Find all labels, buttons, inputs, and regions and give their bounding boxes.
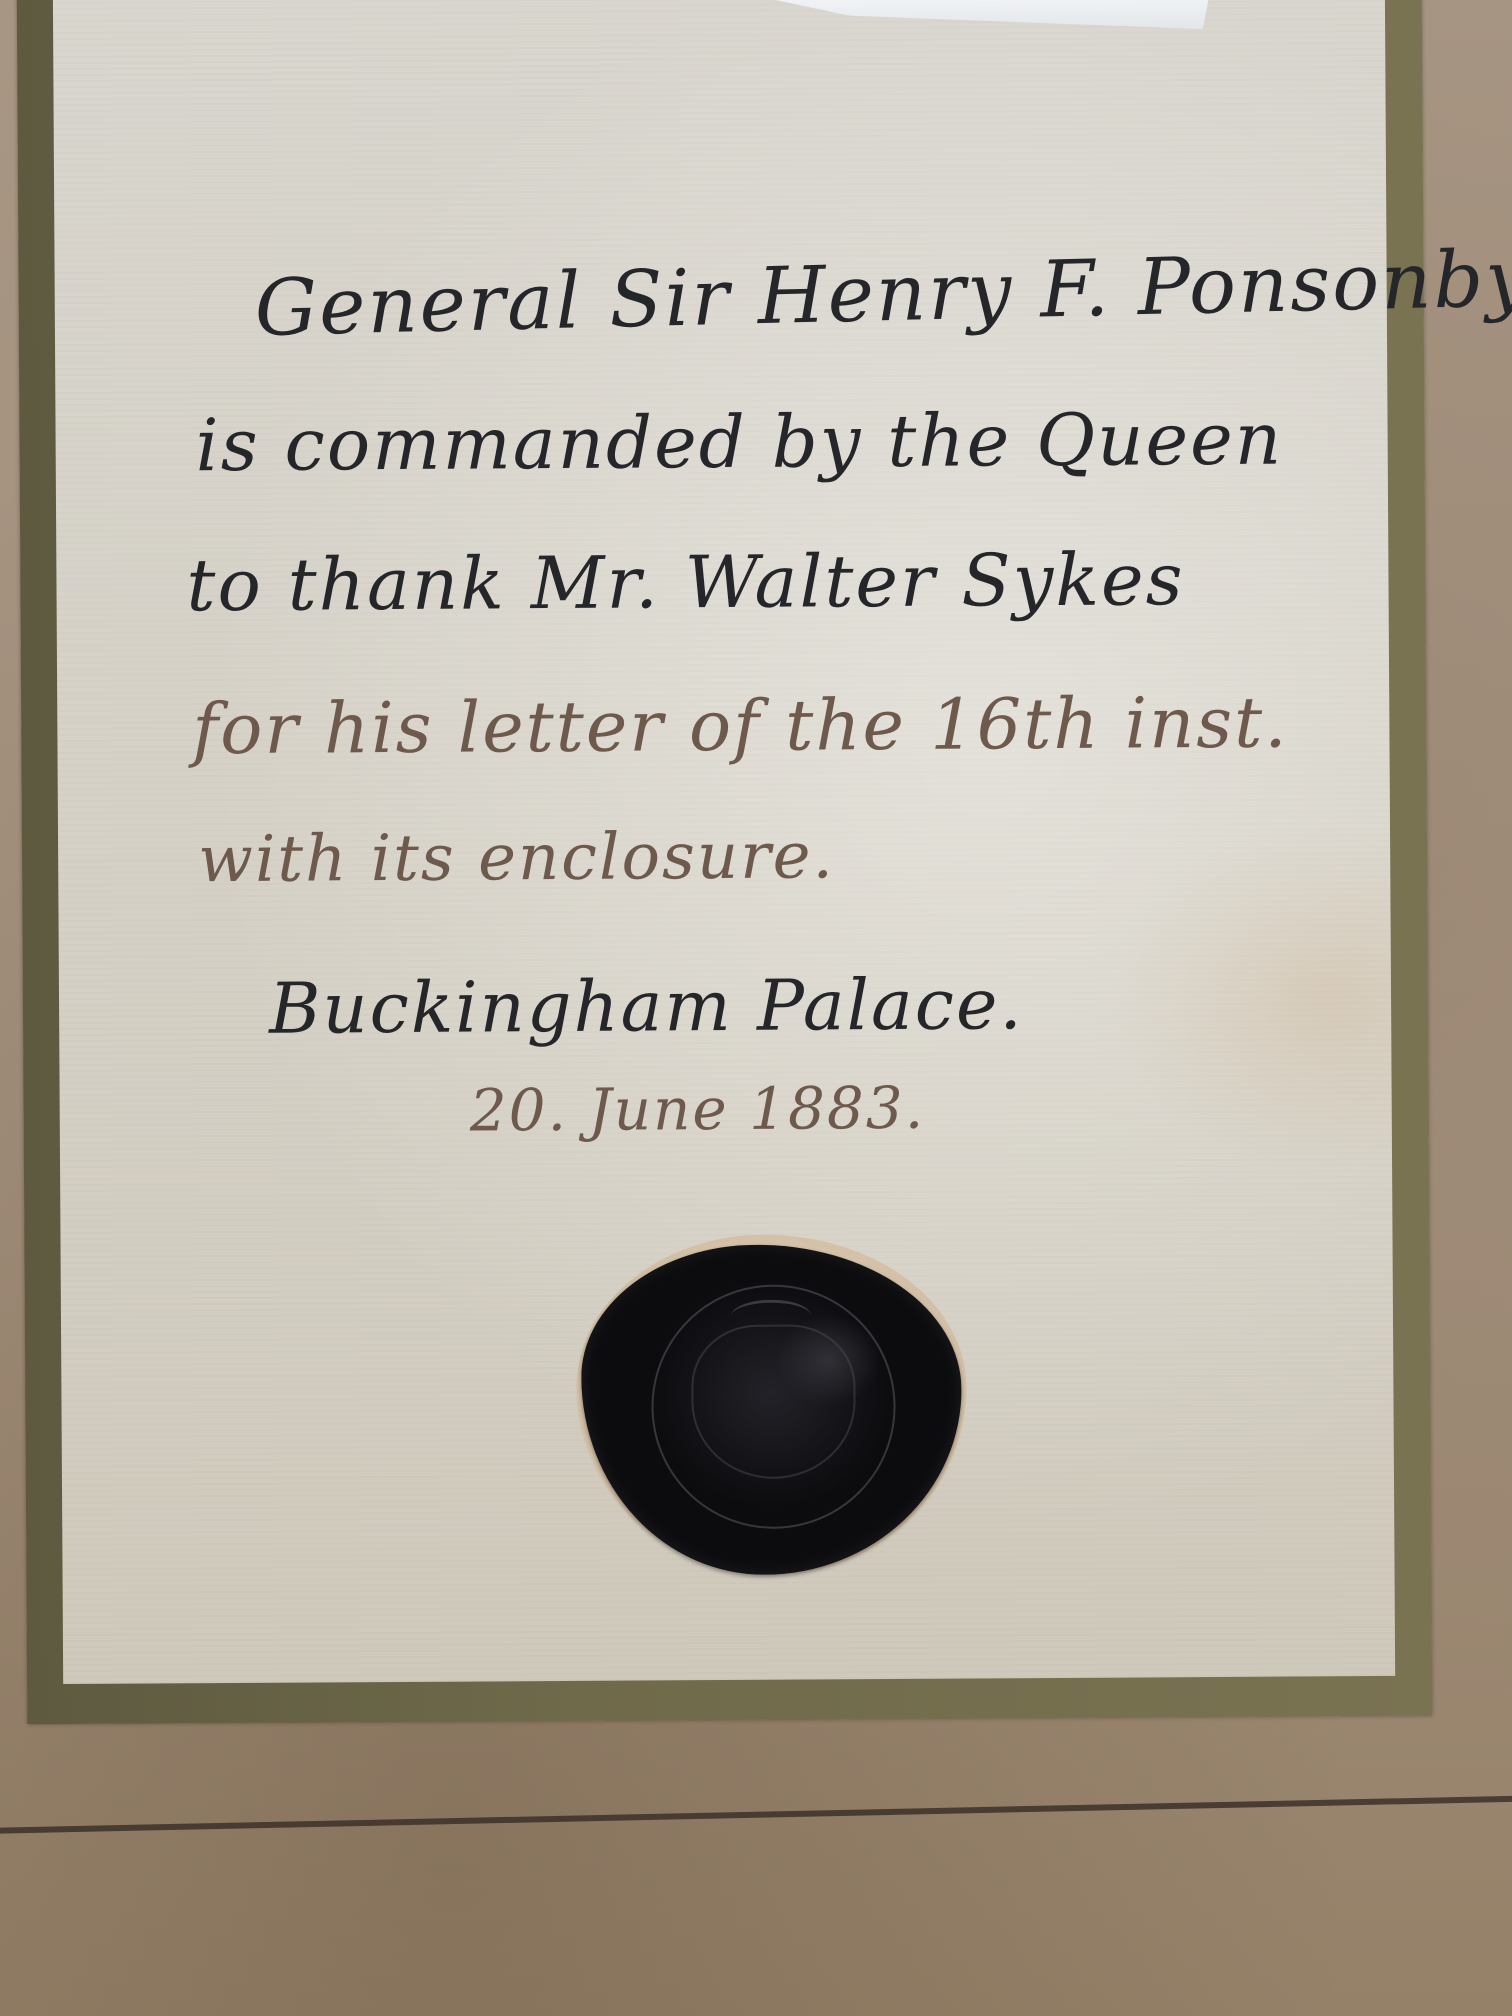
letter-line-reference: for his letter of the 16th inst. [192,682,1289,771]
seal-crest-icon [691,1324,856,1479]
letter-line-sender: General Sir Henry F. Ponsonby [254,234,1512,354]
letter-line-recipient: to thank Mr. Walter Sykes [186,537,1185,627]
letter-line-enclosure: with its enclosure. [198,819,835,897]
letter-line-place: Buckingham Palace. [269,963,1024,1050]
mount-divider-line [0,1795,1512,1834]
letter-paper: General Sir Henry F. Ponsonby is command… [53,0,1395,1684]
letter-line-date: 20. June 1883. [470,1074,926,1145]
frame-mount: General Sir Henry F. Ponsonby is command… [0,0,1512,2016]
letter-line-commanded: is commanded by the Queen [195,397,1283,488]
seal-crown-icon [731,1299,811,1332]
